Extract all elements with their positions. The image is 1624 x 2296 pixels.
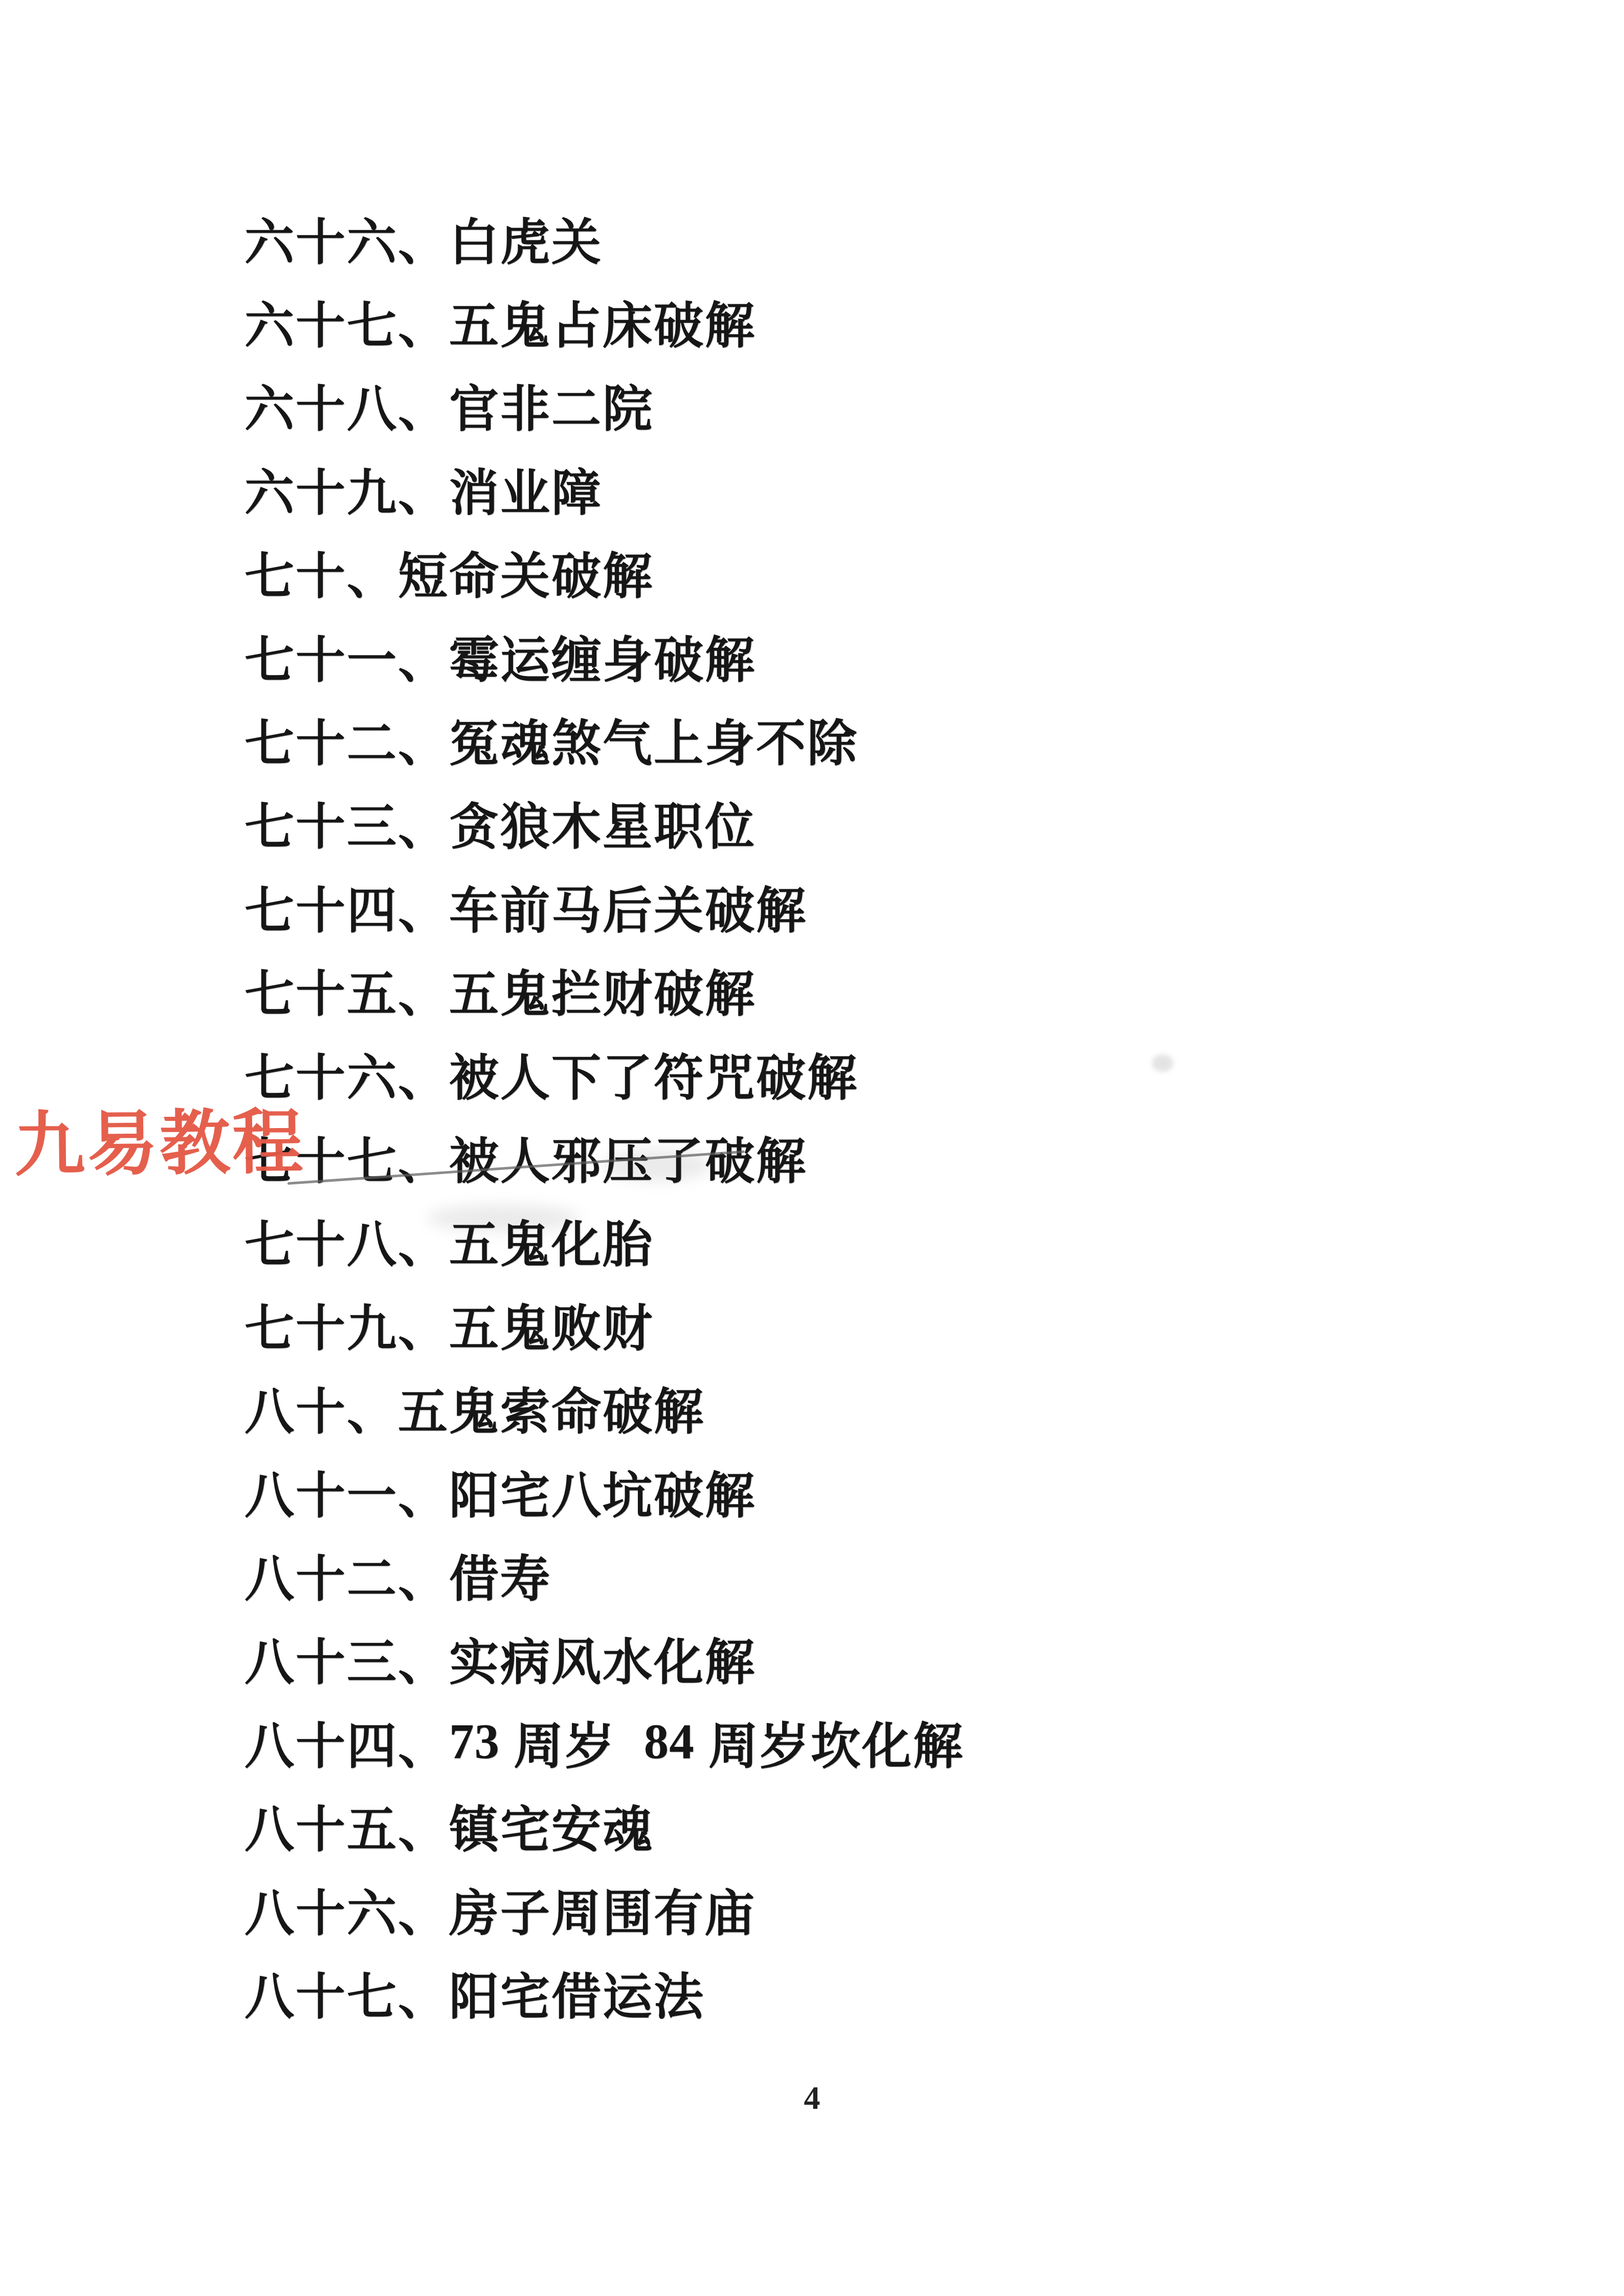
- toc-item: 六十六、白虎关: [244, 196, 964, 279]
- toc-item: 八十四、73 周岁 84 周岁坎化解: [244, 1700, 964, 1783]
- toc-item: 八十七、阳宅借运法: [244, 1950, 964, 2034]
- scan-artifact-smudge: [1152, 1054, 1173, 1072]
- toc-item: 六十八、官非二院: [244, 363, 964, 446]
- toc-item: 七十六、被人下了符咒破解: [244, 1031, 964, 1115]
- toc-item: 七十四、车前马后关破解: [244, 864, 964, 948]
- toc-item: 七十八、五鬼化胎: [244, 1199, 964, 1282]
- toc-item: 七十一、霉运缠身破解: [244, 614, 964, 697]
- toc-item: 七十九、五鬼败财: [244, 1282, 964, 1365]
- toc-item: 七十七、被人邪压了破解: [244, 1115, 964, 1198]
- toc-item: 六十七、五鬼占床破解: [244, 279, 964, 363]
- toc-item: 八十六、房子周围有庙: [244, 1867, 964, 1950]
- toc-item: 七十、短命关破解: [244, 530, 964, 614]
- toc-item: 八十、五鬼索命破解: [244, 1365, 964, 1449]
- toc-item: 七十五、五鬼拦财破解: [244, 948, 964, 1031]
- toc-item: 八十一、阳宅八坑破解: [244, 1449, 964, 1533]
- toc-item: 八十二、借寿: [244, 1533, 964, 1616]
- toc-item: 八十三、实病风水化解: [244, 1616, 964, 1700]
- page-number: 4: [0, 2079, 1624, 2117]
- toc-item: 六十九、消业障: [244, 446, 964, 530]
- toc-list: 六十六、白虎关六十七、五鬼占床破解六十八、官非二院六十九、消业障七十、短命关破解…: [244, 196, 964, 2034]
- toc-item: 七十二、冤魂煞气上身不除: [244, 697, 964, 780]
- watermark-text: 九易教程: [14, 1107, 305, 1181]
- toc-item: 八十五、镇宅安魂: [244, 1783, 964, 1866]
- document-page: 九易教程 六十六、白虎关六十七、五鬼占床破解六十八、官非二院六十九、消业障七十、…: [0, 0, 1624, 2296]
- toc-item: 七十三、贪狼木星职位: [244, 781, 964, 864]
